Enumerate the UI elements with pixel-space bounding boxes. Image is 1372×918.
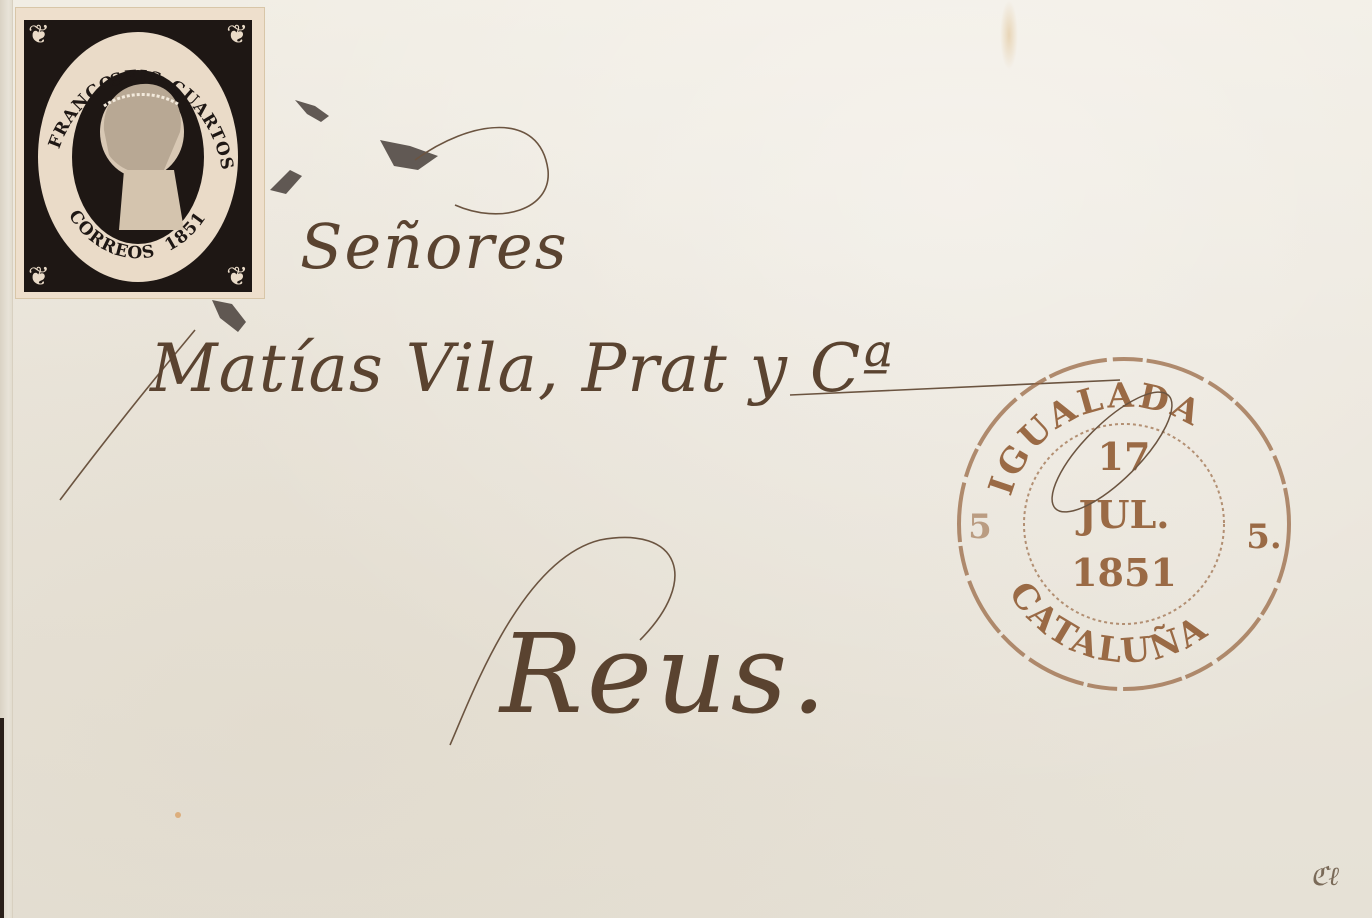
postmark-month: JUL.: [1075, 492, 1169, 537]
background-edge: [0, 718, 4, 918]
postmark-right-number: 5.: [1246, 517, 1282, 557]
postage-stamp: ❦ ❦ ❦ ❦ FRANCO SEIS: [16, 8, 264, 298]
postmark-left-number: 5: [968, 507, 992, 547]
corner-pencil-mark: ℭℓ: [1310, 862, 1339, 892]
postmark: IGUALADA CATALUÑA 17 JUL. 1851 5 5.: [952, 352, 1302, 697]
stamp-frame: ❦ ❦ ❦ ❦ FRANCO SEIS: [24, 20, 252, 292]
stamp-text-ring: FRANCO SEIS CUARTOS CORREOS 1851: [24, 20, 252, 292]
salutation: Señores: [300, 210, 569, 283]
paper-stain: [1000, 0, 1018, 70]
queen-portrait-icon: [100, 84, 184, 230]
destination-city: Reus.: [500, 610, 830, 738]
foxing-spot: [175, 812, 181, 818]
postmark-year: 1851: [1071, 550, 1177, 595]
postmark-day: 17: [1098, 434, 1151, 479]
addressee-name: Matías Vila, Prat y Cª: [150, 330, 894, 407]
